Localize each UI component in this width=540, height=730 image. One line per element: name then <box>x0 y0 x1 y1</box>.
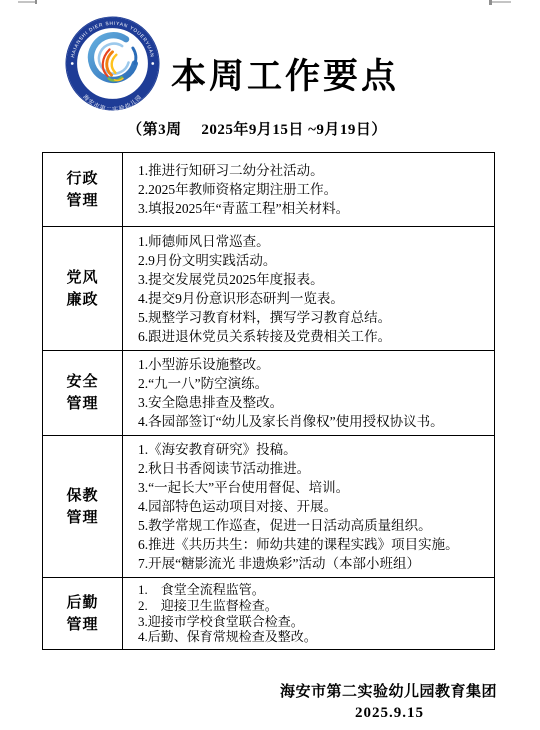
items-cell: 1.推进行知研习二幼分社活动。2.2025年教师资格定期注册工作。3.填报202… <box>123 153 495 227</box>
task-item: 1.小型游乐设施整改。 <box>138 355 488 374</box>
table-row: 后勤 管理 1. 食堂全流程监管。2. 迎接卫生监督检查。3.迎接市学校食堂联合… <box>43 578 495 650</box>
task-item: 4.后勤、保育常规检查及整改。 <box>138 629 488 645</box>
task-item: 1.推进行知研习二幼分社活动。 <box>138 161 488 180</box>
table-row: 党风 廉政 1.师德师风日常巡查。2.9月份文明实践活动。3.提交发展党员202… <box>43 227 495 351</box>
task-item: 2.“九一八”防空演练。 <box>138 374 488 393</box>
document-page: HAIANSHI DIER SHIYAN YOUERYUAN 海安市第二实验幼儿… <box>0 0 540 730</box>
page-subtitle: （第3周 2025年9月15日 ~9月19日） <box>0 118 514 139</box>
category-cell: 保教 管理 <box>43 436 123 578</box>
task-item: 6.跟进退休党员关系转接及党费相关工作。 <box>138 327 488 346</box>
task-item: 5.规整学习教育材料，撰写学习教育总结。 <box>138 308 488 327</box>
task-item: 2.秋日书香阅读节活动推进。 <box>138 459 488 478</box>
task-item: 3.迎接市学校食堂联合检查。 <box>138 614 488 630</box>
items-cell: 1.师德师风日常巡查。2.9月份文明实践活动。3.提交发展党员2025年度报表。… <box>123 227 495 351</box>
items-cell: 1.《海安教育研究》投稿。2.秋日书香阅读节活动推进。3.“一起长大”平台使用督… <box>123 436 495 578</box>
table-row: 安全 管理 1.小型游乐设施整改。2.“九一八”防空演练。3.安全隐患排查及整改… <box>43 351 495 436</box>
task-item: 3.安全隐患排查及整改。 <box>138 393 488 412</box>
task-item: 7.开展“糖影流光 非遗焕彩”活动（本部小班组） <box>138 554 488 573</box>
task-item: 2.2025年教师资格定期注册工作。 <box>138 180 488 199</box>
table-row: 保教 管理 1.《海安教育研究》投稿。2.秋日书香阅读节活动推进。3.“一起长大… <box>43 436 495 578</box>
category-cell: 后勤 管理 <box>43 578 123 650</box>
work-table-body: 行政 管理 1.推进行知研习二幼分社活动。2.2025年教师资格定期注册工作。3… <box>43 153 495 650</box>
page-top-right-tick <box>489 0 492 5</box>
footer-organization: 海安市第二实验幼儿园教育集团 <box>280 680 497 701</box>
items-cell: 1.小型游乐设施整改。2.“九一八”防空演练。3.安全隐患排查及整改。4.各园部… <box>123 351 495 436</box>
task-item: 4.提交9月份意识形态研判一览表。 <box>138 289 488 308</box>
task-item: 6.推进《共历共生：师幼共建的课程实践》项目实施。 <box>138 535 488 554</box>
category-cell: 安全 管理 <box>43 351 123 436</box>
footer-date: 2025.9.15 <box>355 705 424 722</box>
task-item: 4.园部特色运动项目对接、开展。 <box>138 497 488 516</box>
task-item: 3.提交发展党员2025年度报表。 <box>138 270 488 289</box>
task-item: 1.师德师风日常巡查。 <box>138 232 488 251</box>
task-item: 5.教学常规工作巡查，促进一日活动高质量组织。 <box>138 516 488 535</box>
category-cell: 党风 廉政 <box>43 227 123 351</box>
page-top-left-tick <box>35 0 37 4</box>
task-item: 2. 迎接卫生监督检查。 <box>138 598 488 614</box>
items-cell: 1. 食堂全流程监管。2. 迎接卫生监督检查。3.迎接市学校食堂联合检查。4.后… <box>123 578 495 650</box>
category-cell: 行政 管理 <box>43 153 123 227</box>
page-title: 本周工作要点 <box>30 56 540 98</box>
task-item: 2.9月份文明实践活动。 <box>138 251 488 270</box>
task-item: 1.《海安教育研究》投稿。 <box>138 440 488 459</box>
weekly-work-table: 行政 管理 1.推进行知研习二幼分社活动。2.2025年教师资格定期注册工作。3… <box>42 152 495 650</box>
task-item: 1. 食堂全流程监管。 <box>138 582 488 598</box>
page-top-right-mark <box>491 1 511 3</box>
table-row: 行政 管理 1.推进行知研习二幼分社活动。2.2025年教师资格定期注册工作。3… <box>43 153 495 227</box>
task-item: 3.填报2025年“青蓝工程”相关材料。 <box>138 199 488 218</box>
task-item: 4.各园部签订“幼儿及家长肖像权”使用授权协议书。 <box>138 412 488 431</box>
task-item: 3.“一起长大”平台使用督促、培训。 <box>138 478 488 497</box>
